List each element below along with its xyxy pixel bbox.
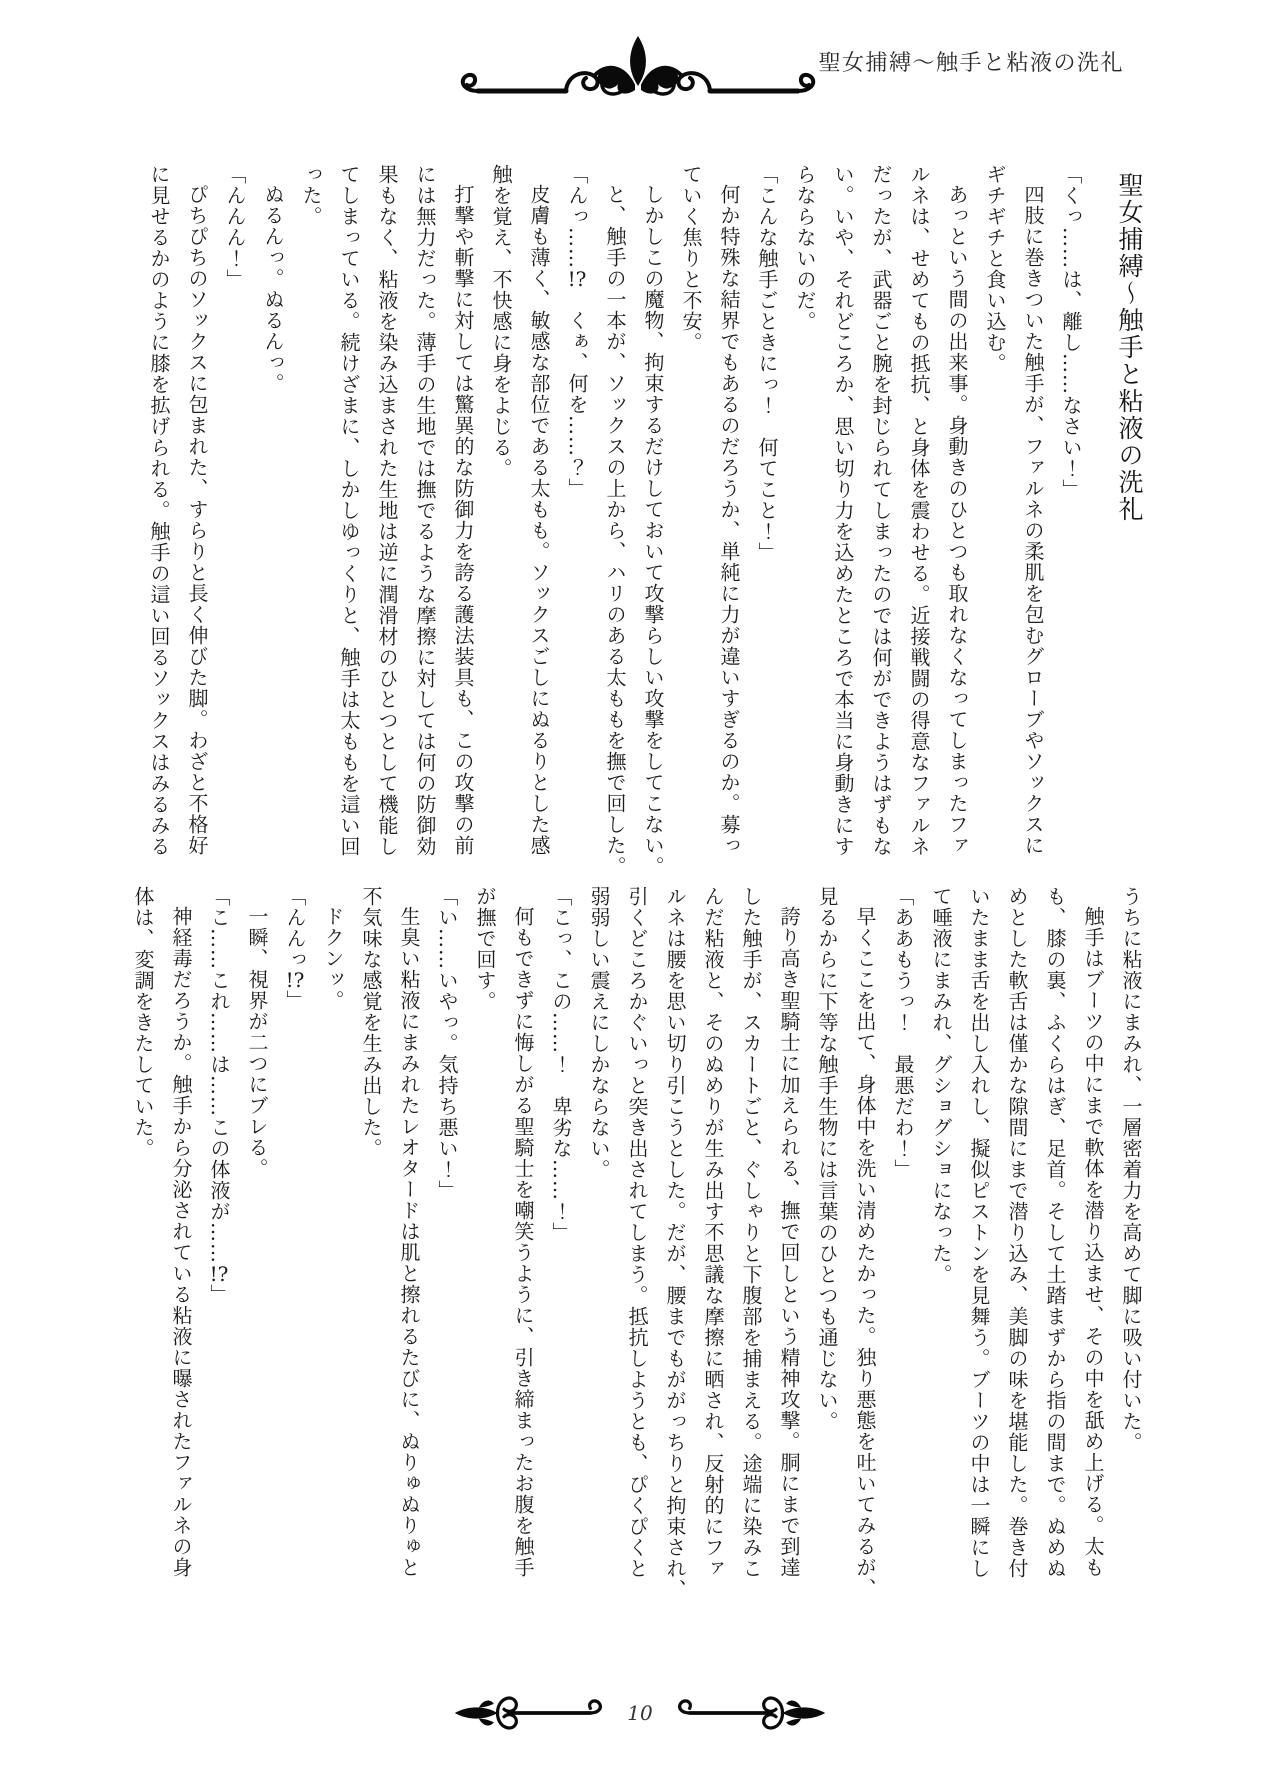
text-line: ドクンッ。 xyxy=(314,886,352,1638)
text-line: 弱弱しい震えにしかならない。 xyxy=(580,886,618,1638)
header-fleur-de-lis-ornament xyxy=(448,28,828,112)
text-line: と、触手の一本が、ソックスの上から、ハリのある太ももを撫で回した。 xyxy=(596,164,634,884)
text-line: ぬるんっ。ぬるんっ。 xyxy=(254,164,292,884)
exclamation-question-mark: !? xyxy=(565,269,589,289)
text-line: ルネは、せめてもの抵抗、と身体を震わせる。近接戦闘の得意なファルネ xyxy=(900,164,938,884)
text-line: うちに粘液にまみれ、一層密着力を高めて脚に吸い付いた。 xyxy=(1112,886,1150,1638)
text-line: いたまま舌を出し入れし、擬似ピストンを見舞う。ブーツの中は一瞬にし xyxy=(960,886,998,1638)
text-line: 四肢に巻きついた触手が、ファルネの柔肌を包むグローブやソックスに xyxy=(1014,164,1052,884)
text-line: 「い……いやっ。気持ち悪い！」 xyxy=(428,886,466,1638)
text-line: 生臭い粘液にまみれたレオタードは肌と擦れるたびに、ぬりゅぬりゅと xyxy=(390,886,428,1638)
text-line: 皮膚も薄く、敏感な部位である太もも。ソックスごしにぬるりとした感 xyxy=(520,164,558,884)
text-line: ルネは腰を思い切り引こうとした。だが、腰までもががっちりと拘束され、 xyxy=(656,886,694,1638)
text-line: 神経毒だろうか。触手から分泌されている粘液に曝されたファルネの身 xyxy=(162,886,200,1638)
page-footer: 10 xyxy=(0,1686,1280,1740)
text-line: した触手が、スカートごと、ぐしゃりと下腹部を捕まえる。途端に染みこ xyxy=(732,886,770,1638)
text-line: めとした軟舌は僅かな隙間にまで潜り込み、美脚の味を堪能した。巻き付 xyxy=(998,886,1036,1638)
text-line: 何か特殊な結界でもあるのだろうか、単純に力が違いすぎるのか。募っ xyxy=(710,164,748,884)
text-line: 「んんっ!?」 xyxy=(276,886,314,1638)
text-line: 「こ……これ……は……この体液が……!?」 xyxy=(200,886,238,1638)
text-line: が撫で回す。 xyxy=(466,886,504,1638)
text-line: 果もなく、粘液を染み込まされた生地は逆に潤滑材のひとつとして機能し xyxy=(368,164,406,884)
text-line: に見せるかのように膝を拡げられる。触手の這い回るソックスはみるみる xyxy=(140,164,178,884)
story-title-column: 聖女捕縛～触手と粘液の洗礼 xyxy=(1106,164,1152,884)
text-line: 「んんん！」 xyxy=(216,164,254,884)
text-line: ぴちぴちのソックスに包まれた、すらりと長く伸びた脚。わざと不格好 xyxy=(178,164,216,884)
text-line: 不気味な感覚を生み出した。 xyxy=(352,886,390,1638)
text-line: 「こっ、この……！ 卑劣な……！」 xyxy=(542,886,580,1638)
page-number: 10 xyxy=(623,1701,657,1725)
text-line: には無力だった。薄手の生地では撫でるような摩擦に対しては何の防御効 xyxy=(406,164,444,884)
text-line: あっという間の出来事。身動きのひとつも取れなくなってしまったファ xyxy=(938,164,976,884)
text-line: て唾液にまみれ、グショグショになった。 xyxy=(922,886,960,1638)
text-line: 触を覚え、不快感に身をよじる。 xyxy=(482,164,520,884)
running-title: 聖女捕縛～触手と粘液の洗礼 xyxy=(818,46,1124,77)
text-block-top: 聖女捕縛～触手と粘液の洗礼「くっ……は、離し……なさい！」四肢に巻きついた触手が… xyxy=(140,164,1152,884)
text-line: しかしこの魔物、拘束するだけしておいて攻撃らしい攻撃をしてこない。 xyxy=(634,164,672,884)
text-line: ていく焦りと不安。 xyxy=(672,164,710,884)
text-line: だったが、武器ごと腕を封じられてしまったのでは何ができようはずもな xyxy=(862,164,900,884)
exclamation-question-mark: !? xyxy=(283,970,307,990)
text-line: 「んっ……!? くぁ、何を……？」 xyxy=(558,164,596,884)
text-line: 引くどころかぐいっと突き出されてしまう。抵抗しようとも、ぴくぴくと xyxy=(618,886,656,1638)
text-line: 体は、変調をきたしていた。 xyxy=(124,886,162,1638)
footer-fleur-de-lis-ornament-left xyxy=(449,1687,611,1739)
exclamation-question-mark: !? xyxy=(207,1264,231,1284)
text-line: 「くっ……は、離し……なさい！」 xyxy=(1052,164,1090,884)
text-line: らならないのだ。 xyxy=(786,164,824,884)
text-line: 一瞬、視界が二つにブレる。 xyxy=(238,886,276,1638)
text-line: 打撃や斬撃に対しては驚異的な防御力を誇る護法装具も、この攻撃の前 xyxy=(444,164,482,884)
text-line: 何もできずに悔しがる聖騎士を嘲笑うように、引き締まったお腹を触手 xyxy=(504,886,542,1638)
footer-fleur-de-lis-ornament-right xyxy=(669,1687,831,1739)
text-line: 「ああもうっ！ 最悪だわ！」 xyxy=(884,886,922,1638)
text-line: 触手はブーツの中にまで軟体を潜り込ませ、その中を舐め上げる。太も xyxy=(1074,886,1112,1638)
book-page: 聖女捕縛～触手と粘液の洗礼 聖女捕縛～触手と粘液の洗礼「くっ……は、離し……なさ… xyxy=(0,0,1280,1790)
text-line: 「こんな触手ごときにっ！ 何てこと！」 xyxy=(748,164,786,884)
text-line: も、膝の裏、ふくらはぎ、足首。そして土踏まずから指の間まで。ぬめぬ xyxy=(1036,886,1074,1638)
text-line: 誇り高き聖騎士に加えられる、撫で回しという精神攻撃。胴にまで到達 xyxy=(770,886,808,1638)
text-line: てしまっている。続けざまに、しかしゆっくりと、触手は太ももを這い回 xyxy=(330,164,368,884)
text-line: 見るからに下等な触手生物には言葉のひとつも通じない。 xyxy=(808,886,846,1638)
text-line: んだ粘液と、そのぬめりが生み出す不思議な摩擦に晒され、反射的にファ xyxy=(694,886,732,1638)
text-line: った。 xyxy=(292,164,330,884)
text-block-bottom: うちに粘液にまみれ、一層密着力を高めて脚に吸い付いた。触手はブーツの中にまで軟体… xyxy=(124,886,1150,1638)
text-line: 早くここを出て、身体中を洗い清めたかった。独り悪態を吐いてみるが、 xyxy=(846,886,884,1638)
text-line: ギチギチと食い込む。 xyxy=(976,164,1014,884)
text-line: い。いや、それどころか、思い切り力を込めたところで本当に身動きにす xyxy=(824,164,862,884)
